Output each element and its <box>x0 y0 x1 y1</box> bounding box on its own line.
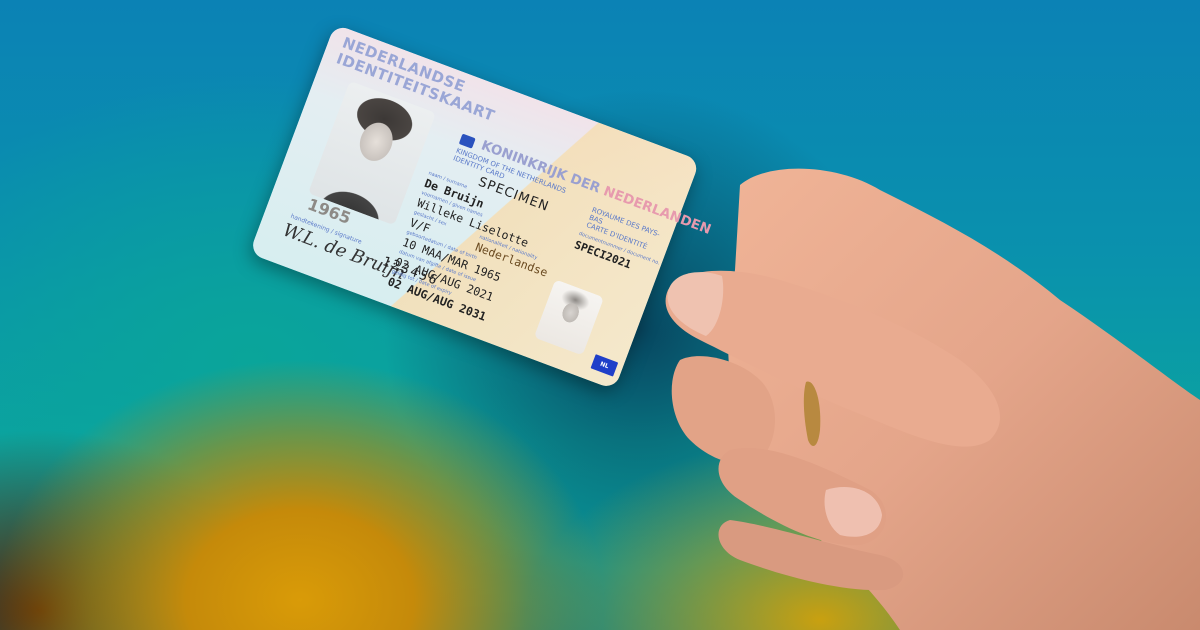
kingdom-logo-icon <box>459 134 476 149</box>
hand-palm <box>728 169 1200 630</box>
eu-flag-icon: NL <box>591 354 619 376</box>
thumb <box>666 271 1000 447</box>
wedding-ring <box>804 382 820 446</box>
fingernail <box>825 487 882 537</box>
signature: W.L. de Bruijn <box>280 220 408 285</box>
eu-country-code: NL <box>599 361 610 371</box>
blurred-background: NEDERLANDSE IDENTITEITSKAART 1965 handte… <box>0 0 1200 630</box>
ghost-photo <box>534 279 604 355</box>
index-finger <box>672 356 775 464</box>
middle-finger <box>719 448 887 545</box>
identity-card: NEDERLANDSE IDENTITEITSKAART 1965 handte… <box>249 24 700 390</box>
thumbnail <box>668 272 724 336</box>
ring-finger <box>719 520 904 590</box>
